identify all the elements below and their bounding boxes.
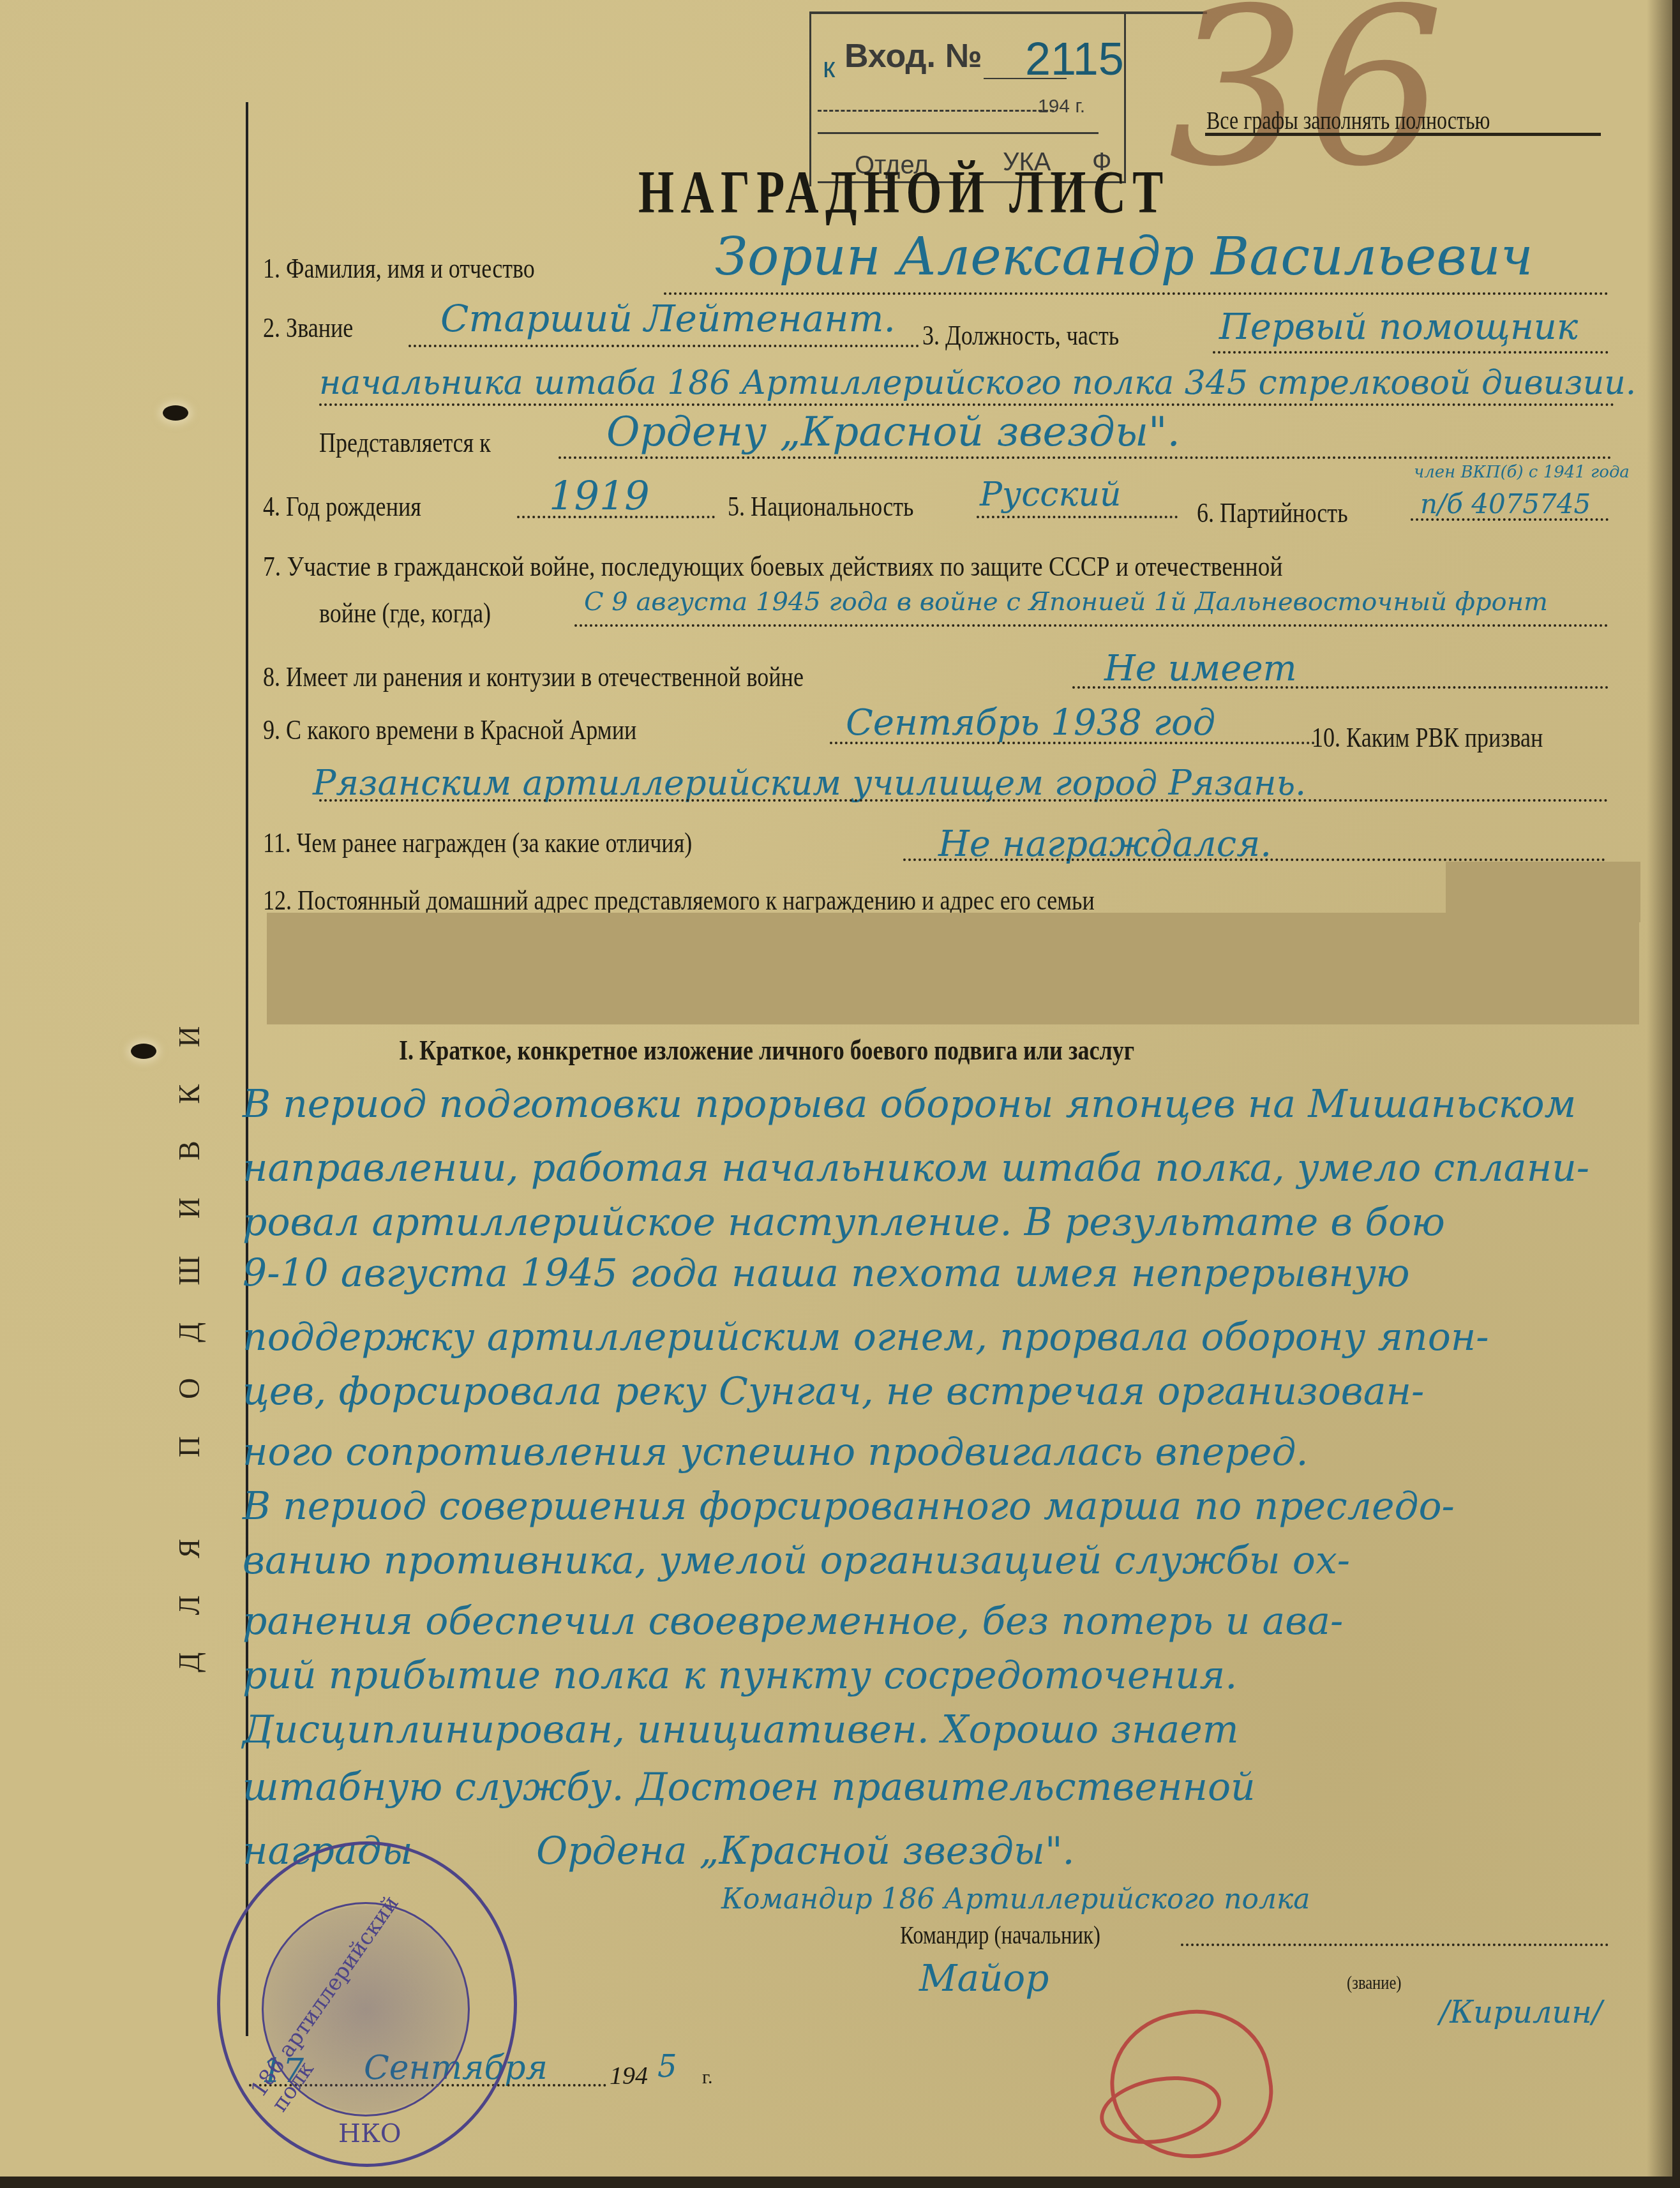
- narrative-line: В период подготовки прорыва обороны япон…: [243, 1082, 1576, 1127]
- section-heading: I. Краткое, конкретное изложение личного…: [399, 1034, 1134, 1067]
- narrative-line: ровал артиллерийское наступление. В резу…: [243, 1200, 1445, 1245]
- field-11-label: 11. Чем ранее награжден (за какие отличи…: [263, 827, 692, 859]
- official-seal: 186 артиллерийский полк НКО: [217, 1841, 517, 2167]
- binding-margin-label: ДЛЯ ПОДШИВКИ: [172, 989, 206, 1673]
- field-8-value: Не имеет: [1104, 648, 1297, 689]
- field-3-value: Первый помощник: [1219, 306, 1578, 348]
- narrative-line: ванию противника, умелой организацией сл…: [243, 1538, 1350, 1583]
- field-3-value-cont: начальника штаба 186 Артиллерийского пол…: [319, 364, 1636, 402]
- commander-printed-label: Командир (начальник): [900, 1920, 1100, 1950]
- narrative-line: 9-10 августа 1945 года наша пехота имея …: [243, 1251, 1410, 1296]
- field-9-value: Сентябрь 1938 год: [846, 702, 1215, 744]
- field-6-value-2: п/б 4075745: [1420, 488, 1591, 520]
- field-7-value: С 9 августа 1945 года в войне с Японией …: [584, 587, 1548, 617]
- field-9-label: 9. С какого времени в Красной Армии: [263, 714, 636, 746]
- field-8-label: 8. Имеет ли ранения и контузии в отечест…: [263, 661, 804, 693]
- field-6-label: 6. Партийность: [1197, 497, 1348, 529]
- field-1-value: Зорин Александр Васильевич: [715, 227, 1533, 287]
- field-10-value: Рязанским артиллерийским училищем город …: [313, 763, 1306, 803]
- commander-title-handwritten: Командир 186 Артиллерийского полка: [721, 1883, 1310, 1915]
- field-4-label: 4. Год рождения: [263, 490, 421, 523]
- redacted-address-block: [267, 913, 1639, 1024]
- page-title: НАГРАДНОЙ ЛИСТ: [638, 156, 1170, 227]
- instruction-text: Все графы заполнять полностью: [1206, 105, 1490, 135]
- date-year-prefix: 194: [610, 2060, 648, 2090]
- narrative-line: ранения обеспечил своевременное, без пот…: [243, 1599, 1343, 1644]
- narrative-line: направлении, работая начальником штаба п…: [243, 1146, 1589, 1190]
- narrative-line: цев, форсировала реку Сунгач, не встреча…: [243, 1369, 1424, 1414]
- seal-bottom-text: НКО: [338, 2119, 401, 2148]
- field-5-value: Русский: [980, 476, 1121, 514]
- field-7-label-cont: войне (где, когда): [319, 597, 491, 629]
- presented-label: Представляется к: [319, 426, 491, 459]
- field-6-value: член ВКП(б) с 1941 года: [1414, 463, 1630, 482]
- field-7-label: 7. Участие в гражданской войне, последую…: [263, 550, 1283, 583]
- narrative-line: штабную службу. Достоен правительственно…: [243, 1765, 1256, 1810]
- field-5-label: 5. Национальность: [728, 490, 913, 523]
- narrative-line: рий прибытие полка к пункту сосредоточен…: [243, 1653, 1237, 1698]
- field-2-value: Старший Лейтенант.: [440, 297, 896, 340]
- punch-hole: [131, 1044, 156, 1059]
- punch-hole: [163, 405, 188, 421]
- narrative-line: В период совершения форсированного марша…: [243, 1484, 1455, 1529]
- narrative-line: Дисциплинирован, инициативен. Хорошо зна…: [243, 1707, 1239, 1752]
- award-line: Ордена „Красной звезды".: [536, 1829, 1075, 1873]
- field-4-value: 1919: [549, 472, 650, 519]
- field-3-label: 3. Должность, часть: [922, 319, 1119, 352]
- stamp-prefix: к: [823, 52, 835, 84]
- commander-signature: [1099, 1998, 1283, 2171]
- stamp-year: 194 г.: [1038, 96, 1085, 117]
- field-12-label: 12. Постоянный домашний адрес представля…: [263, 884, 1095, 917]
- presented-value: Ордену „Красной звезды".: [606, 408, 1180, 456]
- rank-field-label: (звание): [1347, 1972, 1402, 1994]
- date-year-suffix: г.: [702, 2067, 712, 2088]
- instruction-underline: [1205, 133, 1601, 136]
- narrative-line: ного сопротивления успешно продвигалась …: [243, 1430, 1309, 1474]
- commander-rank: Майор: [919, 1956, 1049, 2000]
- commander-name: /Кирилин/: [1439, 1995, 1602, 2030]
- date-year-digit: 5: [657, 2049, 677, 2085]
- field-2-label: 2. Звание: [263, 311, 353, 344]
- stamp-incoming-label: Вход. №: [844, 37, 982, 75]
- award-sheet-page: к Вход. № 2115 194 г. Отдел УКА Ф 36 Все…: [0, 0, 1672, 2177]
- stamp-date-line: [818, 110, 1054, 112]
- field-1-label: 1. Фамилия, имя и отчество: [263, 252, 535, 285]
- narrative-line: поддержку артиллерийским огнем, прорвала…: [243, 1315, 1489, 1360]
- field-10-label: 10. Каким РВК призван: [1312, 721, 1543, 754]
